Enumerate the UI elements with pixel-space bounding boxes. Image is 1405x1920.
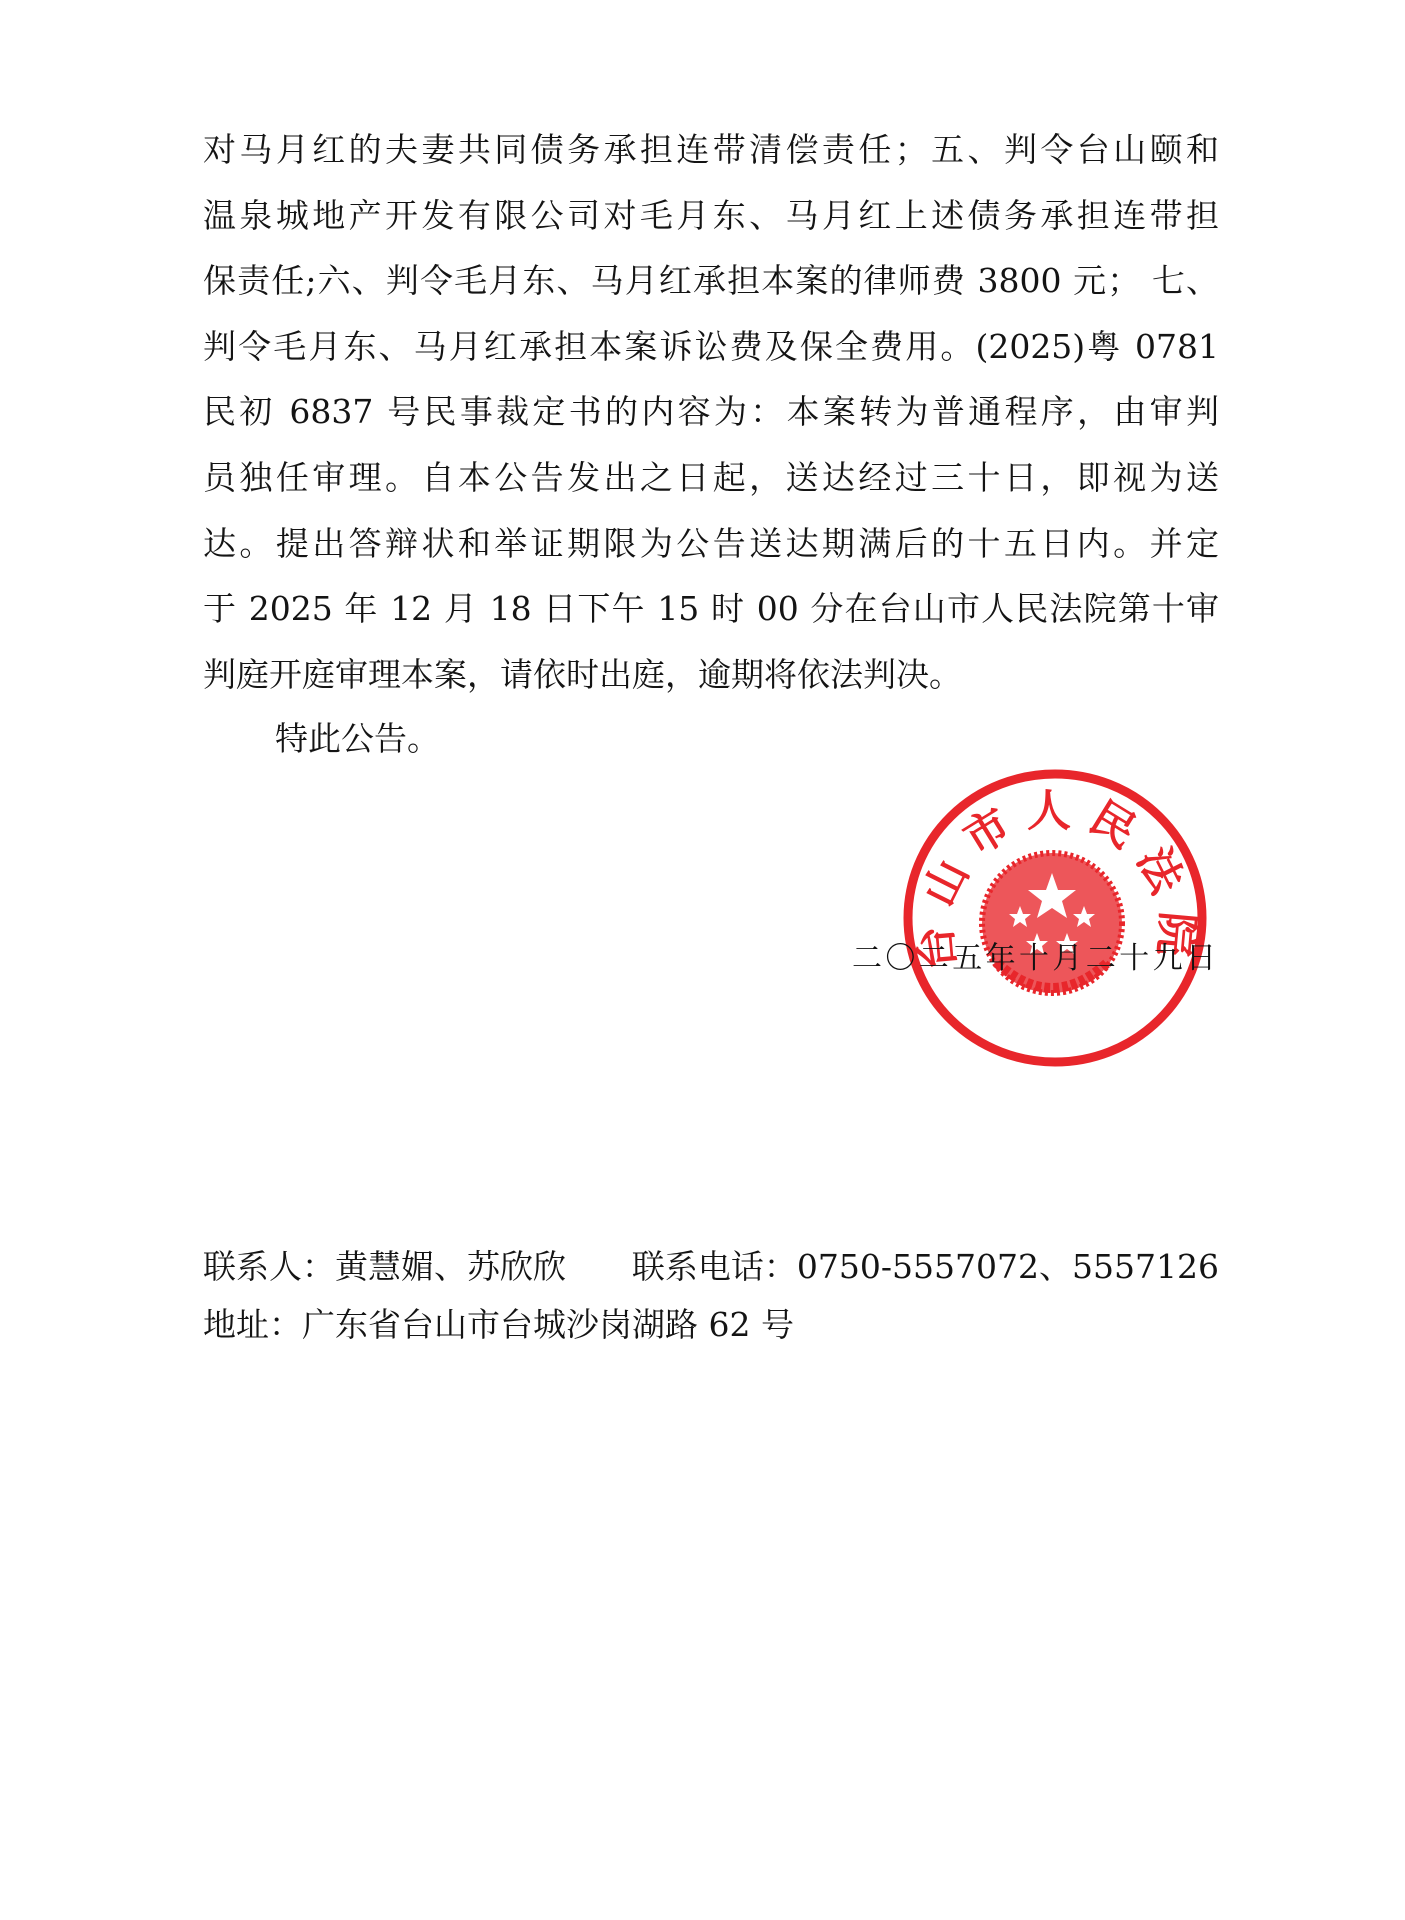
contact-row: 联系人：黄慧媚、苏欣欣 联系电话：0750-5557072、5557126 [203, 1241, 1219, 1299]
contact-persons: 联系人：黄慧媚、苏欣欣 [203, 1241, 566, 1299]
contact-phone-label: 联系电话： [632, 1247, 797, 1286]
contact-phone-numbers: 0750-5557072、5557126 [797, 1247, 1219, 1286]
body-line-5: 民初 6837 号民事裁定书的内容为：本案转为普通程序，由审判 [203, 386, 1219, 452]
address-value: 广东省台山市台城沙岗湖路 62 号 [302, 1299, 794, 1357]
notice-body: 对马月红的夫妻共同债务承担连带清偿责任；五、判令台山颐和 温泉城地产开发有限公司… [203, 124, 1219, 714]
contact-phone: 联系电话：0750-5557072、5557126 [632, 1241, 1219, 1299]
closing-statement: 特此公告。 [275, 713, 440, 765]
body-line-7: 达。提出答辩状和举证期限为公告送达期满后的十五日内。并定 [203, 518, 1219, 584]
body-line-2: 温泉城地产开发有限公司对毛月东、马月红上述债务承担连带担 [203, 190, 1219, 256]
contact-block: 联系人：黄慧媚、苏欣欣 联系电话：0750-5557072、5557126 地址… [203, 1241, 1219, 1357]
body-line-6: 员独任审理。自本公告发出之日起，送达经过三十日，即视为送 [203, 452, 1219, 518]
issue-date: 二〇二五年十月二十九日 [852, 937, 1216, 981]
body-line-8: 于 2025 年 12 月 18 日下午 15 时 00 分在台山市人民法院第十… [203, 583, 1219, 649]
body-line-4: 判令毛月东、马月红承担本案诉讼费及保全费用。(2025)粤 0781 [203, 321, 1219, 387]
body-line-9: 判庭开庭审理本案，请依时出庭，逾期将依法判决。 [203, 649, 1219, 715]
address-label: 地址： [203, 1299, 302, 1357]
court-seal-icon: 台山市人民法院 [902, 768, 1208, 1068]
address-row: 地址：广东省台山市台城沙岗湖路 62 号 [203, 1299, 1219, 1357]
contact-person-label: 联系人： [203, 1247, 335, 1286]
contact-person-names: 黄慧媚、苏欣欣 [335, 1247, 566, 1286]
body-line-1: 对马月红的夫妻共同债务承担连带清偿责任；五、判令台山颐和 [203, 124, 1219, 190]
body-line-3: 保责任;六、判令毛月东、马月红承担本案的律师费 3800 元； 七、 [203, 255, 1219, 321]
document-page: 对马月红的夫妻共同债务承担连带清偿责任；五、判令台山颐和 温泉城地产开发有限公司… [0, 0, 1405, 1920]
